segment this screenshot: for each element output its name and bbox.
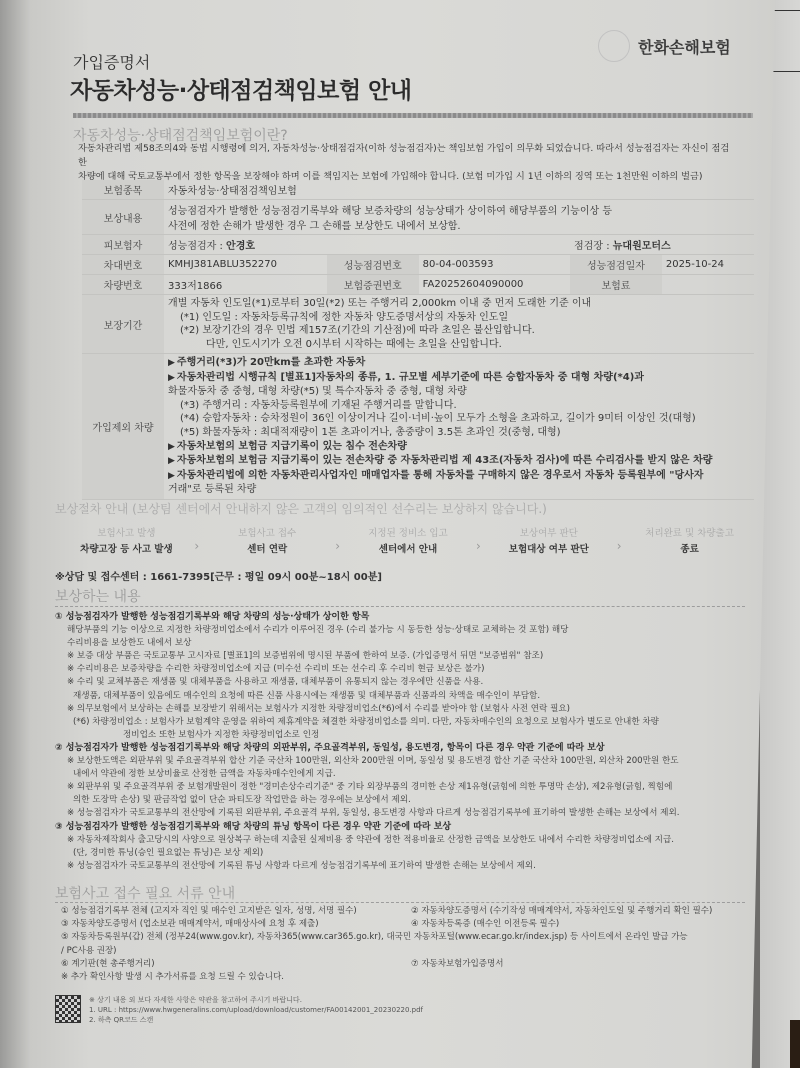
excluded-text: 자동차보험의 보험금 지급기록이 있는 전손차량 중 자동차관리법 제 43조(… bbox=[177, 455, 712, 466]
qr-code-icon[interactable] bbox=[55, 995, 81, 1023]
coverage-item-text: ※ 보상한도액은 외판부위 및 주요골격부위 합산 기준 국산차 100만원, … bbox=[55, 755, 745, 768]
plate-value: 333저1866 bbox=[164, 275, 327, 295]
process-step: 처리완료 및 차량출고종료 bbox=[626, 526, 753, 566]
vin-value: KMHJ381ABLU352270 bbox=[164, 255, 327, 275]
excluded-text: 화물자동차 중 중형, 대형 차량(*5) 및 특수자동차 중 중형, 대형 차… bbox=[168, 386, 467, 397]
product-value: 자동차성능·상태점검책임보험 bbox=[164, 180, 754, 200]
coverage-item-text: ※ 의무보험에서 보상하는 손해를 보장받기 위해서는 보험사가 지정한 차량정… bbox=[55, 703, 745, 716]
coverage-item-heading: ② 성능점검자가 발행한 성능점검기록부와 해당 차량의 외판부위, 주요골격부… bbox=[55, 742, 745, 755]
insured-label: 피보험자 bbox=[82, 235, 164, 255]
inspection-date-value: 2025-10-24 bbox=[662, 255, 754, 275]
required-docs-heading: 보험사고 접수 필요 서류 안내 bbox=[55, 883, 235, 903]
station-label: 점검장 : bbox=[574, 241, 610, 252]
coverage-label: 보상내용 bbox=[82, 200, 164, 235]
period-note: 다만, 인도시기가 오전 0시부터 시작하는 때에는 초일을 산입합니다. bbox=[168, 338, 750, 352]
chevron-right-icon: › bbox=[612, 526, 626, 566]
inspector-value: 안경호 bbox=[226, 241, 255, 252]
excluded-item: ▶자동차관리법 시행규칙 [별표1]자동차의 종류, 1. 규모별 세부기준에 … bbox=[168, 371, 750, 386]
inspector: 성능점검자 : 안경호 bbox=[164, 235, 570, 255]
inspection-no-value: 80-04-003593 bbox=[419, 255, 570, 275]
doc-item: ⑦ 자동차보험가입증명서 bbox=[411, 958, 503, 971]
page-title: 자동차성능·상태점검책임보험 안내 bbox=[70, 72, 412, 105]
period-label: 보장기간 bbox=[82, 295, 164, 354]
coverage-value: 성능점검자가 발행한 성능점검기록부와 해당 보증차량의 성능상태가 상이하여 … bbox=[164, 200, 754, 235]
excluded-text: 주행거리(*3)가 20만km를 초과한 자동차 bbox=[177, 357, 365, 368]
bullet-arrow-icon: ▶ bbox=[168, 358, 175, 368]
chevron-right-icon: › bbox=[190, 526, 204, 566]
doc-item: ※ 추가 확인사항 발생 시 추가서류를 요청 드릴 수 있습니다. bbox=[61, 971, 284, 984]
coverage-details-heading: 보상하는 내용 bbox=[55, 586, 141, 606]
excluded-text: (*3) 주행거리 : 자동차등록원부에 기재된 주행거리를 말합니다. bbox=[180, 400, 457, 411]
doc-item: ① 성능점검기록부 전체 (고지자 직인 및 매수인 고지받은 일자, 성명, … bbox=[61, 905, 411, 918]
step-desc: 보험대상 여부 판단 bbox=[485, 542, 612, 558]
coverage-item-text: (단, 경미한 튜닝(승인 필요없는 튜닝)은 보상 제외) bbox=[55, 847, 745, 860]
docs-row: ※ 추가 확인사항 발생 시 추가서류를 요청 드릴 수 있습니다. bbox=[61, 971, 751, 984]
docs-row: ① 성능점검기록부 전체 (고지자 직인 및 매수인 고지받은 일자, 성명, … bbox=[61, 905, 751, 918]
bullet-arrow-icon: ▶ bbox=[168, 442, 175, 452]
chevron-right-icon: › bbox=[331, 526, 345, 566]
excluded-text: 거래"로 등록된 차량 bbox=[168, 484, 256, 495]
coverage-item-text: ※ 외판부위 및 주요골격부위 중 보험개발원이 정한 "경미손상수리기준" 중… bbox=[55, 781, 745, 794]
step-title: 처리완료 및 차량출고 bbox=[626, 526, 753, 542]
coverage-line: 성능점검자가 발행한 성능점검기록부와 해당 보증차량의 성능상태가 상이하여 … bbox=[168, 202, 750, 217]
coverage-item-text: 정비업소 또한 보험사가 지정한 차량정비업소로 인정 bbox=[55, 729, 745, 742]
process-step: 보험사고 발생차량고장 등 사고 발생 bbox=[63, 526, 190, 566]
doc-item: ② 자동차양도증명서 (수기작성 매매계약서, 자동차인도일 및 주행거리 확인… bbox=[411, 905, 712, 918]
coverage-item-text: 해당부품의 기능 이상으로 지정한 차량정비업소에서 수리가 이루어진 경우 (… bbox=[55, 624, 745, 637]
terms-url[interactable]: 1. URL : https://www.hwgeneralins.com/up… bbox=[89, 1005, 423, 1015]
coverage-item-text: 재생품, 대체부품이 있음에도 매수인의 요청에 따른 신품 사용시에는 재생품… bbox=[55, 690, 745, 703]
inspector-label: 성능점검자 : bbox=[168, 241, 223, 252]
excluded-label: 가입제외 차량 bbox=[82, 354, 164, 500]
coverage-item-text: ※ 성능점검자가 국토교통부의 전산망에 기록된 튜닝 사항과 다르게 성능점검… bbox=[55, 860, 745, 873]
plate-label: 차량번호 bbox=[82, 275, 164, 295]
station: 점검장 : 뉴대원모터스 bbox=[570, 235, 754, 255]
process-step: 보험사고 접수센터 연락 bbox=[204, 526, 331, 566]
certificate-document: 가입증명서 자동차성능·상태점검책임보험 안내 한화손해보험 자동차성능·상태점… bbox=[0, 0, 775, 1068]
coverage-item-text: 수리비용을 보상한도 내에서 보상 bbox=[55, 637, 745, 650]
coverage-item-heading: ③ 성능점검자가 발행한 성능점검기록부와 해당 차량의 튜닝 항목이 다른 경… bbox=[55, 821, 745, 834]
premium-label: 보험료 bbox=[570, 275, 662, 295]
step-title: 지정된 정비소 입고 bbox=[345, 526, 472, 542]
inspection-no-label: 성능점검번호 bbox=[327, 255, 419, 275]
coverage-item-text: 의한 도장막 손상) 및 판금작업 없이 단순 파티도장 작업만을 하는 경우에… bbox=[55, 794, 745, 807]
docs-row: ⑤ 자동차등록원부(갑) 전체 (정부24(www.gov.kr), 자동차36… bbox=[61, 931, 751, 944]
section-divider bbox=[55, 606, 745, 607]
excluded-item: ▶자동차관리법에 의한 자동차관리사업자인 매매업자를 통해 자동차를 구매하지… bbox=[168, 469, 750, 484]
intro-line: 자동차관리법 제58조의4와 동법 시행령에 의거, 자동차성능·상태점검자(이… bbox=[78, 142, 738, 170]
vin-label: 차대번호 bbox=[82, 255, 164, 275]
coverage-item-text: 내에서 약관에 정한 보상비율로 산정한 금액을 자동차매수인에게 지급. bbox=[55, 768, 745, 781]
doc-item: ④ 자동차등록증 (매수인 이전등록 필수) bbox=[411, 918, 559, 931]
chevron-right-icon: › bbox=[471, 526, 485, 566]
premium-value bbox=[662, 275, 754, 295]
coverage-item-text: ※ 자동차제작회사 출고당시의 사양으로 원상복구 하는데 지출된 실제비용 중… bbox=[55, 834, 745, 847]
step-title: 보험사고 접수 bbox=[204, 526, 331, 542]
period-note: (*2) 보장기간의 경우 민법 제157조(기간의 기산점)에 따라 초일은 … bbox=[168, 324, 750, 338]
doc-item: ⑤ 자동차등록원부(갑) 전체 (정부24(www.gov.kr), 자동차36… bbox=[61, 931, 688, 944]
period-line: 개별 자동차 인도일(*1)로부터 30일(*2) 또는 주행거리 2,000k… bbox=[168, 297, 750, 311]
policy-no-value: FA20252604090000 bbox=[419, 275, 570, 295]
excluded-item: (*5) 화물자동차 : 최대적재량이 1톤 초과이거나, 총중량이 3.5톤 … bbox=[168, 426, 750, 440]
doc-item: ③ 자동차양도증명서 (업소보관 매매계약서, 매매상사에 요청 후 제출) bbox=[61, 918, 411, 931]
call-center-info: ※상담 및 접수센터 : 1661-7395[근무 : 평일 09시 00분~1… bbox=[55, 568, 382, 583]
coverage-details: ① 성능점검자가 발행한 성능점검기록부와 해당 차량의 성능·상태가 상이한 … bbox=[55, 611, 745, 873]
step-desc: 센터에서 안내 bbox=[345, 542, 472, 558]
title-divider bbox=[73, 113, 753, 118]
hanwha-logo-icon bbox=[598, 30, 630, 62]
excluded-item: ▶자동차보험의 보험금 지급기록이 있는 침수 전손차량 bbox=[168, 440, 750, 455]
company-name: 한화손해보험 bbox=[638, 35, 731, 58]
step-title: 보험사고 발생 bbox=[63, 526, 190, 542]
excluded-item: (*4) 승합자동차 : 승차정원이 36인 이상이거나 길이·너비·높이 모두… bbox=[168, 412, 750, 426]
claims-process-steps: 보험사고 발생차량고장 등 사고 발생›보험사고 접수센터 연락›지정된 정비소… bbox=[63, 526, 753, 566]
coverage-item-heading: ① 성능점검자가 발행한 성능점검기록부와 해당 차량의 성능·상태가 상이한 … bbox=[55, 611, 745, 624]
coverage-item-text: ※ 수리 및 교체부품은 재생품 및 대체부품을 사용하고 재생품, 대체부품이… bbox=[55, 676, 745, 689]
period-note: (*1) 인도일 : 자동차등록규칙에 정한 자동차 양도증명서상의 자동차 인… bbox=[168, 311, 750, 325]
excluded-item: ▶자동차보험의 보험금 지급기록이 있는 전손차량 중 자동차관리법 제 43조… bbox=[168, 454, 750, 469]
bullet-arrow-icon: ▶ bbox=[168, 471, 175, 481]
company-logo: 한화손해보험 bbox=[598, 30, 731, 62]
product-label: 보험종목 bbox=[82, 180, 164, 200]
section-divider bbox=[55, 902, 745, 903]
background-surface bbox=[790, 1020, 800, 1068]
policy-info-table: 보험종목 자동차성능·상태점검책임보험 보상내용 성능점검자가 발행한 성능점검… bbox=[82, 180, 754, 500]
excluded-text: 자동차관리법 시행규칙 [별표1]자동차의 종류, 1. 규모별 세부기준에 따… bbox=[177, 372, 644, 383]
docs-row: ③ 자동차양도증명서 (업소보관 매매계약서, 매매상사에 요청 후 제출)④ … bbox=[61, 918, 751, 931]
policy-no-label: 보험증권번호 bbox=[327, 275, 419, 295]
required-docs: ① 성능점검기록부 전체 (고지자 직인 및 매수인 고지받은 일자, 성명, … bbox=[61, 905, 751, 984]
station-value: 뉴대원모터스 bbox=[613, 241, 671, 252]
process-step: 지정된 정비소 입고센터에서 안내 bbox=[345, 526, 472, 566]
bullet-arrow-icon: ▶ bbox=[168, 373, 175, 383]
claims-process-heading: 보상절차 안내 (보상팀 센터에서 안내하지 않은 고객의 임의적인 선수리는 … bbox=[55, 500, 547, 517]
coverage-line: 사전에 정한 손해가 발생한 경우 그 손해를 보상한도 내에서 보상함. bbox=[168, 217, 750, 232]
excluded-item: 거래"로 등록된 차량 bbox=[168, 483, 750, 497]
excluded-item: ▶주행거리(*3)가 20만km를 초과한 자동차 bbox=[168, 356, 750, 371]
coverage-item-text: (*6) 차량정비업소 : 보험사가 보험계약 운영을 위하여 제휴계약을 체결… bbox=[55, 716, 745, 729]
excluded-text: (*5) 화물자동차 : 최대적재량이 1톤 초과이거나, 총중량이 3.5톤 … bbox=[180, 427, 561, 438]
step-title: 보상여부 판단 bbox=[485, 526, 612, 542]
doc-type: 가입증명서 bbox=[73, 50, 150, 73]
footer-note: ※ 상기 내용 외 보다 자세한 사항은 약관을 참고하여 주시기 바랍니다. bbox=[89, 995, 423, 1005]
bullet-arrow-icon: ▶ bbox=[168, 456, 175, 466]
footer: ※ 상기 내용 외 보다 자세한 사항은 약관을 참고하여 주시기 바랍니다. … bbox=[55, 995, 423, 1025]
inspection-date-label: 성능점검일자 bbox=[570, 255, 662, 275]
coverage-item-text: ※ 성능점검자가 국토교통부의 전산망에 기록된 외판부위, 주요골격 부위, … bbox=[55, 807, 745, 820]
footer-note: 2. 하측 QR코드 스캔 bbox=[89, 1015, 423, 1025]
intro-text: 자동차관리법 제58조의4와 동법 시행령에 의거, 자동차성능·상태점검자(이… bbox=[78, 142, 738, 184]
doc-item: ⑥ 계기판(현 총주행거리) bbox=[61, 958, 411, 971]
step-desc: 종료 bbox=[626, 542, 753, 558]
excluded-text: 자동차보험의 보험금 지급기록이 있는 침수 전손차량 bbox=[177, 441, 407, 452]
excluded-text: (*4) 승합자동차 : 승차정원이 36인 이상이거나 길이·너비·높이 모두… bbox=[180, 413, 696, 424]
step-desc: 차량고장 등 사고 발생 bbox=[63, 542, 190, 558]
excluded-item: 화물자동차 중 중형, 대형 차량(*5) 및 특수자동차 중 중형, 대형 차… bbox=[168, 385, 750, 399]
excluded-item: (*3) 주행거리 : 자동차등록원부에 기재된 주행거리를 말합니다. bbox=[168, 399, 750, 413]
excluded-vehicles: ▶주행거리(*3)가 20만km를 초과한 자동차▶자동차관리법 시행규칙 [별… bbox=[164, 354, 754, 500]
process-step: 보상여부 판단보험대상 여부 판단 bbox=[485, 526, 612, 566]
coverage-item-text: ※ 보증 대상 부품은 국토교통부 고시자료 [별표1]의 보증범위에 명시된 … bbox=[55, 650, 745, 663]
coverage-item-text: ※ 수리비용은 보증차량을 수리한 차량정비업소에 지급 (미수선 수리비 또는… bbox=[55, 663, 745, 676]
excluded-text: 자동차관리법에 의한 자동차관리사업자인 매매업자를 통해 자동차를 구매하지 … bbox=[177, 470, 704, 481]
docs-row: / PC사용 권장) bbox=[61, 945, 751, 958]
docs-row: ⑥ 계기판(현 총주행거리)⑦ 자동차보험가입증명서 bbox=[61, 958, 751, 971]
step-desc: 센터 연락 bbox=[204, 542, 331, 558]
period-value: 개별 자동차 인도일(*1)로부터 30일(*2) 또는 주행거리 2,000k… bbox=[164, 295, 754, 354]
doc-item: / PC사용 권장) bbox=[61, 945, 117, 958]
